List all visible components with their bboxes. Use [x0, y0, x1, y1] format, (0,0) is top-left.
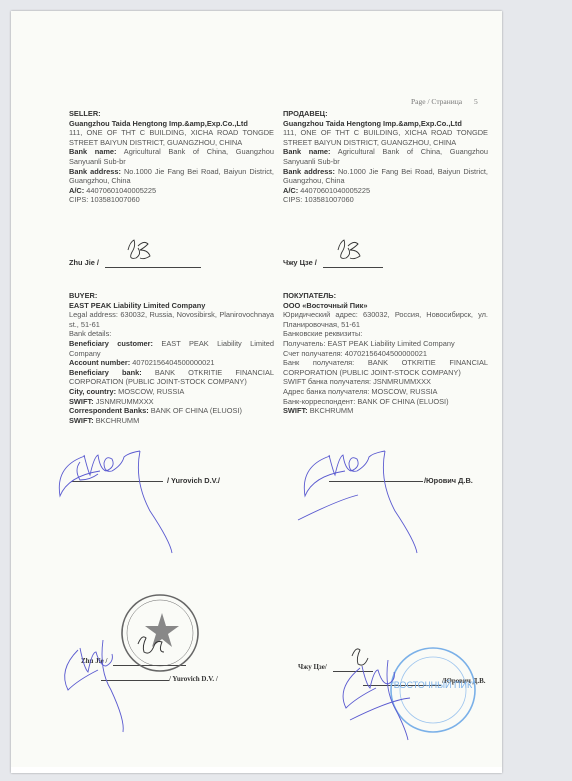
buyer-ru-legal-address: Юридический адрес: 630032, Россия, Новос… [283, 310, 488, 329]
seller-ru-ac: A/C: 44070601040005225 [283, 186, 488, 196]
buyer-ru-signature-line [329, 481, 423, 482]
buyer-beneficiary: Beneficiary customer: EAST PEAK Liabilit… [69, 339, 274, 358]
buyer-en-block: BUYER: EAST PEAK Liability Limited Compa… [69, 291, 274, 425]
buyer-ru-bank-address: Адрес банка получателя: MOSCOW, RUSSIA [283, 387, 488, 397]
buyer-ru-account: Счет получателя: 40702156404500000021 [283, 349, 488, 359]
buyer-ru-block: ПОКУПАТЕЛЬ: ООО «Восточный Пик» Юридичес… [283, 291, 488, 416]
page-number-header: Page / Страница 5 [411, 97, 478, 106]
page-bottom-edge [11, 767, 502, 773]
seller-heading: SELLER: [69, 109, 274, 119]
seller-ru-bank-name: Bank name: Agricultural Bank of China, G… [283, 147, 488, 166]
buyer-en-signatory: / Yurovich D.V./ [167, 476, 220, 485]
buyer-legal-address: Legal address: 630032, Russia, Novosibir… [69, 310, 274, 329]
seller-en-signatory: Zhu Jie / [69, 258, 99, 267]
buyer-ru-bank: Банк получателя: BANK OTKRITIE FINANCIAL… [283, 358, 488, 377]
buyer-ru-heading: ПОКУПАТЕЛЬ: [283, 291, 488, 301]
buyer-bank-details: Bank details: [69, 329, 274, 339]
buyer-bank: Beneficiary bank: BANK OTKRITIE FINANCIA… [69, 368, 274, 387]
seller-ru-block: ПРОДАВЕЦ: Guangzhou Taida Hengtong Imp.&… [283, 109, 488, 205]
stamped-buyer-en-signatory: / Yurovich D.V. / [169, 675, 218, 683]
stamped-buyer-ru-signatory: /Юрович Д.В. [442, 677, 486, 685]
buyer-city: City, country: MOSCOW, RUSSIA [69, 387, 274, 397]
buyer-ru-bank-details: Банковские реквизиты: [283, 329, 488, 339]
document-page: Page / Страница 5 SELLER: Guangzhou Taid… [11, 11, 502, 773]
stamped-buyer-ru-line [363, 685, 441, 686]
seller-cips: CIPS: 103581007060 [69, 195, 274, 205]
seller-ru-bank-address: Bank address: No.1000 Jie Fang Bei Road,… [283, 167, 488, 186]
buyer-account: Account number: 40702156404500000021 [69, 358, 274, 368]
seller-en-block: SELLER: Guangzhou Taida Hengtong Imp.&am… [69, 109, 274, 205]
stamped-seller-ru-line [333, 671, 373, 672]
seller-ac: A/C: 44070601040005225 [69, 186, 274, 196]
stamped-seller-en-line [113, 665, 186, 666]
seller-en-signature-line [105, 267, 201, 268]
buyer-swift: SWIFT: JSNMRUMMXXX [69, 397, 274, 407]
buyer-company: EAST PEAK Liability Limited Company [69, 301, 274, 311]
seller-ru-address: 111, ONE OF THT C BUILDING, XICHA ROAD T… [283, 128, 488, 147]
buyer-ru-swift2: SWIFT: BKCHRUMM [283, 406, 488, 416]
stamped-seller-ru-signatory: Чжу Цзе/ [298, 663, 327, 671]
seller-bank-address: Bank address: No.1000 Jie Fang Bei Road,… [69, 167, 274, 186]
seller-ru-signature-line [323, 267, 383, 268]
seller-ru-cips: CIPS: 103581007060 [283, 195, 488, 205]
seller-address: 111, ONE OF THT C BUILDING, XICHA ROAD T… [69, 128, 274, 147]
buyer-ru-signatory: /Юрович Д.В. [424, 476, 473, 485]
seller-bank-name: Bank name: Agricultural Bank of China, G… [69, 147, 274, 166]
seller-ru-company: Guangzhou Taida Hengtong Imp.&amp,Exp.Co… [283, 119, 488, 129]
stamped-seller-en-signatory: Zhu Jie / [81, 657, 107, 665]
buyer-ru-company: ООО «Восточный Пик» [283, 301, 488, 311]
page-number: 5 [474, 97, 478, 106]
seller-company: Guangzhou Taida Hengtong Imp.&amp,Exp.Co… [69, 119, 274, 129]
seller-ru-heading: ПРОДАВЕЦ: [283, 109, 488, 119]
stamped-buyer-en-line [101, 680, 169, 681]
page-label: Page / Страница [411, 97, 462, 106]
buyer-ru-corr: Банк-корреспондент: BANK OF CHINA (ELUOS… [283, 397, 488, 407]
buyer-en-signature-line [71, 481, 163, 482]
seller-ru-signatory: Чжу Цзе / [283, 258, 317, 267]
buyer-swift2: SWIFT: BKCHRUMM [69, 416, 274, 426]
buyer-ru-swift: SWIFT банка получателя: JSNMRUMMXXX [283, 377, 488, 387]
buyer-ru-beneficiary: Получатель: EAST PEAK Liability Limited … [283, 339, 488, 349]
buyer-heading: BUYER: [69, 291, 274, 301]
buyer-corr: Correspondent Banks: BANK OF CHINA (ELUO… [69, 406, 274, 416]
